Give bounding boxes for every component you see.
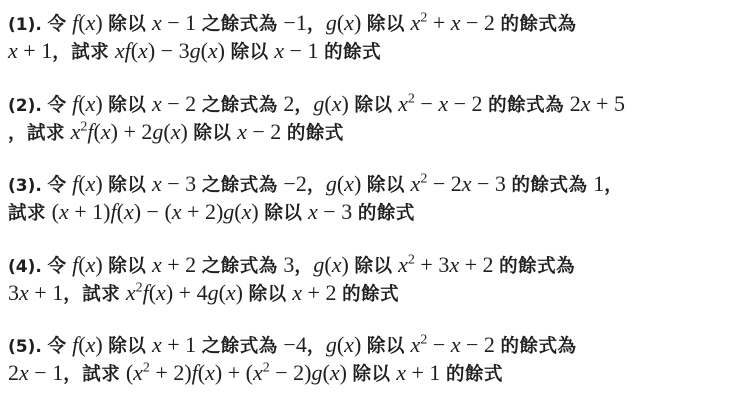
text-segment: ，試求 [63, 363, 126, 384]
math-expression: x + 2 [292, 280, 336, 305]
math-expression: x2 + x − 2 [411, 10, 495, 35]
math-expression: f(x) [72, 91, 103, 116]
text-segment: 的餘式為 [495, 335, 577, 356]
problem-2: (2). 令 f(x) 除以 x − 2 之餘式為 2，g(x) 除以 x2 −… [8, 91, 738, 146]
text-segment: ， [604, 174, 623, 195]
text-segment: 除以 [361, 174, 410, 195]
text-segment: 的餘式 [440, 363, 503, 384]
text-segment: 除以 [243, 283, 292, 304]
text-segment: ， [307, 13, 326, 34]
text-segment: 除以 [103, 174, 152, 195]
text-segment: ，試求 [52, 41, 115, 62]
text-segment: 令 [42, 174, 72, 195]
text-segment: 除以 [361, 13, 410, 34]
math-expression: x − 2 [237, 119, 281, 144]
math-expression: 2x + 5 [570, 91, 625, 116]
math-expression: xf(x) − 3g(x) [115, 38, 225, 63]
math-expression: g(x) [313, 91, 348, 116]
text-segment: 除以 [103, 335, 152, 356]
math-expression: f(x) [72, 252, 103, 277]
math-expression: x2 + 3x + 2 [398, 252, 493, 277]
text-segment: 試求 [8, 202, 52, 223]
problem-line-1: (1). 令 f(x) 除以 x − 1 之餘式為 −1，g(x) 除以 x2 … [8, 10, 738, 38]
math-expression: (x + 1)f(x) − (x + 2)g(x) [52, 199, 259, 224]
text-segment: 除以 [188, 122, 237, 143]
text-segment: 令 [42, 13, 72, 34]
text-segment: 除以 [259, 202, 308, 223]
text-segment: 除以 [361, 335, 410, 356]
text-segment: 之餘式為 [196, 255, 283, 276]
math-expression: x2f(x) + 4g(x) [126, 280, 243, 305]
math-expression: x2 − x − 2 [411, 332, 495, 357]
text-segment: 的餘式為 [506, 174, 593, 195]
text-segment: 之餘式為 [196, 174, 283, 195]
problem-line-2: 試求 (x + 1)f(x) − (x + 2)g(x) 除以 x − 3 的餘… [8, 199, 738, 226]
problem-3: (3). 令 f(x) 除以 x − 3 之餘式為 −2，g(x) 除以 x2 … [8, 171, 738, 226]
problem-number: (2). [8, 96, 42, 116]
text-segment: ，試求 [63, 283, 126, 304]
math-expression: x + 1 [396, 360, 440, 385]
problem-line-1: (2). 令 f(x) 除以 x − 2 之餘式為 2，g(x) 除以 x2 −… [8, 91, 738, 119]
math-expression: 2x − 1 [8, 360, 63, 385]
math-expression: 2 [283, 91, 294, 116]
problem-number: (5). [8, 337, 42, 357]
math-expression: x + 1 [152, 332, 196, 357]
math-expression: 1 [593, 171, 604, 196]
problem-line-1: (4). 令 f(x) 除以 x + 2 之餘式為 3，g(x) 除以 x2 +… [8, 252, 738, 280]
text-segment: 除以 [103, 94, 152, 115]
math-expression: (x2 + 2)f(x) + (x2 − 2)g(x) [126, 360, 347, 385]
math-expression: x − 3 [152, 171, 196, 196]
text-segment: 除以 [225, 41, 274, 62]
math-expression: x2 − x − 2 [398, 91, 482, 116]
problem-number: (4). [8, 257, 42, 277]
math-expression: g(x) [326, 332, 361, 357]
text-segment: ，試求 [8, 122, 71, 143]
problem-4: (4). 令 f(x) 除以 x + 2 之餘式為 3，g(x) 除以 x2 +… [8, 252, 738, 307]
text-segment: 之餘式為 [196, 335, 283, 356]
text-segment: 令 [42, 335, 72, 356]
math-expression: g(x) [326, 171, 361, 196]
text-segment: 除以 [103, 13, 152, 34]
text-segment: ， [294, 94, 313, 115]
text-segment: 除以 [349, 94, 398, 115]
problem-1: (1). 令 f(x) 除以 x − 1 之餘式為 −1，g(x) 除以 x2 … [8, 10, 738, 65]
problem-line-1: (3). 令 f(x) 除以 x − 3 之餘式為 −2，g(x) 除以 x2 … [8, 171, 738, 199]
math-expression: −4 [283, 332, 306, 357]
math-expression: 3x + 1 [8, 280, 63, 305]
math-expression: f(x) [72, 332, 103, 357]
text-segment: ， [294, 255, 313, 276]
math-expression: x − 1 [152, 10, 196, 35]
math-expression: x − 2 [152, 91, 196, 116]
text-segment: 的餘式為 [483, 94, 570, 115]
text-segment: 除以 [103, 255, 152, 276]
problem-number: (1). [8, 15, 42, 35]
text-segment: 的餘式 [281, 122, 344, 143]
text-segment: 除以 [349, 255, 398, 276]
math-expression: f(x) [72, 10, 103, 35]
text-segment: 之餘式為 [196, 13, 283, 34]
text-segment: 令 [42, 255, 72, 276]
problem-line-2: ，試求 x2f(x) + 2g(x) 除以 x − 2 的餘式 [8, 119, 738, 146]
math-expression: −1 [283, 10, 306, 35]
text-segment: ， [307, 174, 326, 195]
problem-line-2: x + 1，試求 xf(x) − 3g(x) 除以 x − 1 的餘式 [8, 38, 738, 65]
math-expression: x + 2 [152, 252, 196, 277]
text-segment: 的餘式 [336, 283, 399, 304]
text-segment: 的餘式 [318, 41, 381, 62]
math-expression: g(x) [326, 10, 361, 35]
math-expression: x2f(x) + 2g(x) [71, 119, 188, 144]
math-expression: −2 [283, 171, 306, 196]
text-segment: 之餘式為 [196, 94, 283, 115]
math-expression: x − 3 [308, 199, 352, 224]
text-segment: 除以 [347, 363, 396, 384]
text-segment: 令 [42, 94, 72, 115]
math-expression: f(x) [72, 171, 103, 196]
text-segment: 的餘式 [352, 202, 415, 223]
problem-number: (3). [8, 176, 42, 196]
problem-line-1: (5). 令 f(x) 除以 x + 1 之餘式為 −4，g(x) 除以 x2 … [8, 332, 738, 360]
math-expression: 3 [283, 252, 294, 277]
math-expression: x − 1 [274, 38, 318, 63]
math-expression: x + 1 [8, 38, 52, 63]
text-segment: ， [307, 335, 326, 356]
math-expression: g(x) [313, 252, 348, 277]
text-segment: 的餘式為 [495, 13, 577, 34]
problem-line-2: 3x + 1，試求 x2f(x) + 4g(x) 除以 x + 2 的餘式 [8, 280, 738, 307]
math-expression: x2 − 2x − 3 [411, 171, 506, 196]
text-segment: 的餘式為 [494, 255, 576, 276]
problem-5: (5). 令 f(x) 除以 x + 1 之餘式為 −4，g(x) 除以 x2 … [8, 332, 738, 387]
problem-line-2: 2x − 1，試求 (x2 + 2)f(x) + (x2 − 2)g(x) 除以… [8, 360, 738, 387]
